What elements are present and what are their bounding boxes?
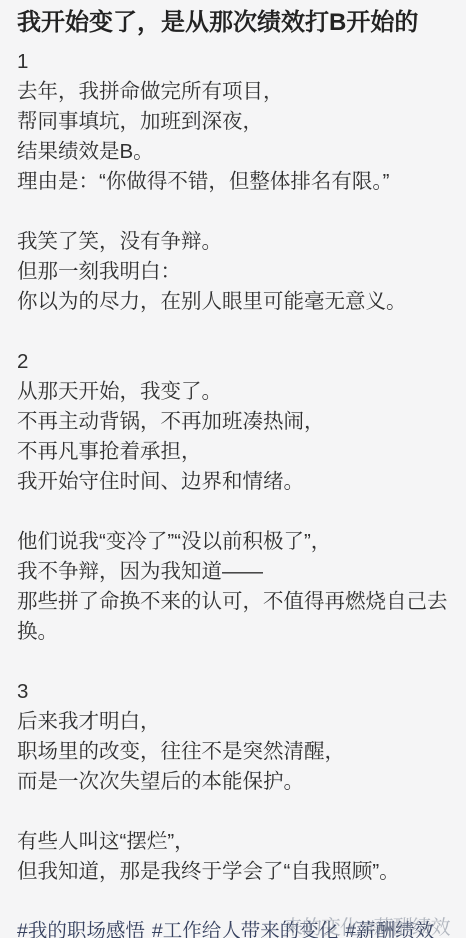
text-line: 后来我才明白， <box>17 707 452 737</box>
hashtag-row: #我的职场感悟#工作给人带来的变化#薪酬绩效 来的变化 #薪酬绩效 <box>17 917 452 938</box>
text-line: 我笑了笑，没有争辩。 <box>17 227 452 257</box>
text-line: 去年，我拼命做完所有项目， <box>17 77 452 107</box>
text-line: 结果绩效是B。 <box>17 137 452 167</box>
text-line: 我开始守住时间、边界和情绪。 <box>17 467 452 497</box>
hashtag-link[interactable]: #我的职场感悟 <box>17 920 145 938</box>
text-line: 不再主动背锅，不再加班凑热闹， <box>17 407 452 437</box>
hashtag-link[interactable]: #薪酬绩效 <box>345 920 434 938</box>
paragraph: 我笑了笑，没有争辩。但那一刻我明白：你以为的尽力，在别人眼里可能毫无意义。 <box>17 227 452 317</box>
paragraph: 2从那天开始，我变了。不再主动背锅，不再加班凑热闹，不再凡事抢着承担，我开始守住… <box>17 347 452 497</box>
text-line: 1 <box>17 47 452 77</box>
paragraph: 他们说我“变冷了”“没以前积极了”，我不争辩，因为我知道——那些拼了命换不来的认… <box>17 527 452 647</box>
post-text-panel: 我开始变了，是从那次绩效打B开始的 1去年，我拼命做完所有项目，帮同事填坑，加班… <box>0 0 466 938</box>
hashtag-link[interactable]: #工作给人带来的变化 <box>152 920 338 938</box>
text-line: 职场里的改变，往往不是突然清醒， <box>17 737 452 767</box>
post-body: 1去年，我拼命做完所有项目，帮同事填坑，加班到深夜，结果绩效是B。理由是：“你做… <box>17 47 452 887</box>
text-line: 理由是：“你做得不错，但整体排名有限。” <box>17 167 452 197</box>
text-line: 从那天开始，我变了。 <box>17 377 452 407</box>
text-line: 他们说我“变冷了”“没以前积极了”， <box>17 527 452 557</box>
text-line: 那些拼了命换不来的认可，不值得再燃烧自己去换。 <box>17 587 452 647</box>
text-line: 我不争辩，因为我知道—— <box>17 557 452 587</box>
paragraph: 1去年，我拼命做完所有项目，帮同事填坑，加班到深夜，结果绩效是B。理由是：“你做… <box>17 47 452 197</box>
text-line: 但我知道，那是我终于学会了“自我照顾”。 <box>17 857 452 887</box>
text-line: 帮同事填坑，加班到深夜， <box>17 107 452 137</box>
text-line: 但那一刻我明白： <box>17 257 452 287</box>
text-line: 2 <box>17 347 452 377</box>
post-title: 我开始变了，是从那次绩效打B开始的 <box>17 6 452 40</box>
text-line: 3 <box>17 677 452 707</box>
hashtag-links-container: #我的职场感悟#工作给人带来的变化#薪酬绩效 <box>17 920 434 938</box>
text-line: 而是一次次失望后的本能保护。 <box>17 767 452 797</box>
text-line: 有些人叫这“摆烂”， <box>17 827 452 857</box>
text-line: 不再凡事抢着承担， <box>17 437 452 467</box>
paragraph: 有些人叫这“摆烂”，但我知道，那是我终于学会了“自我照顾”。 <box>17 827 452 887</box>
paragraph: 3后来我才明白，职场里的改变，往往不是突然清醒，而是一次次失望后的本能保护。 <box>17 677 452 797</box>
text-line: 你以为的尽力，在别人眼里可能毫无意义。 <box>17 287 452 317</box>
